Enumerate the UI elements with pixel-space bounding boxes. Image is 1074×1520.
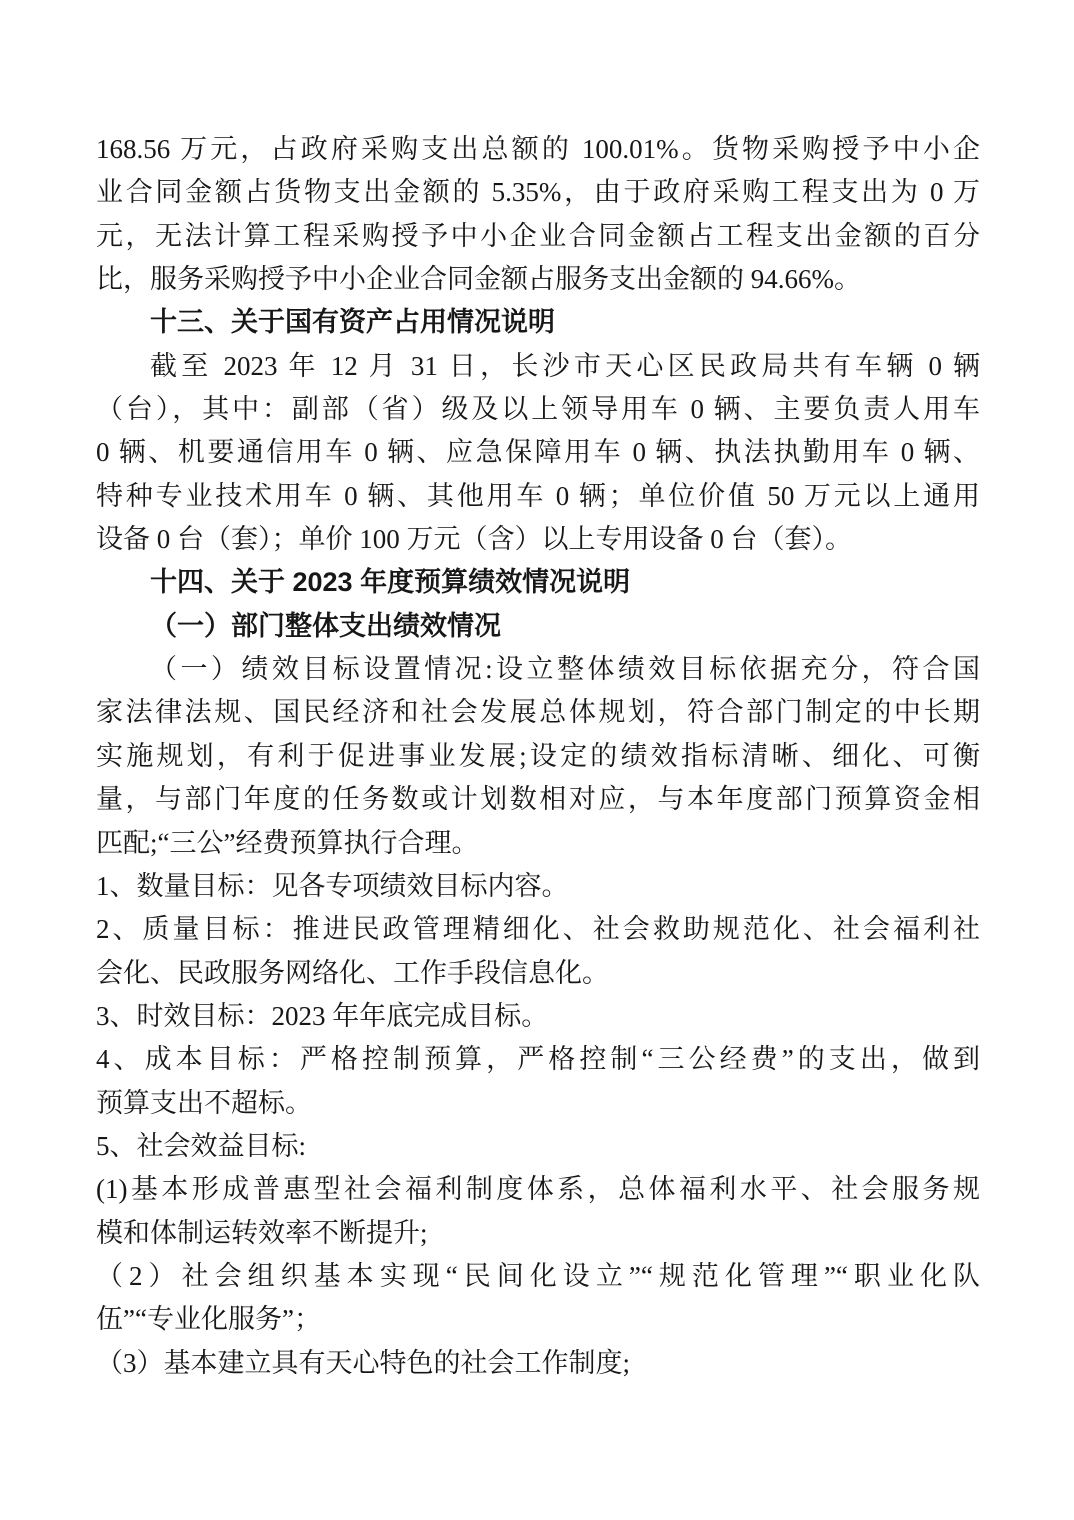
- text-line: 截至 2023 年 12 月 31 日，长沙市天心区民政局共有车辆 0 辆: [96, 345, 980, 388]
- text-line: （一）绩效目标设置情况:设立整体绩效目标依据充分，符合国: [96, 648, 980, 691]
- document-page: 168.56 万元，占政府采购支出总额的 100.01%。货物采购授予中小企业合…: [0, 0, 1074, 1520]
- text-line: 4、成本目标：严格控制预算，严格控制“三公经费”的支出，做到: [96, 1038, 980, 1081]
- text-line: 元，无法计算工程采购授予中小企业合同金额占工程支出金额的百分: [96, 215, 980, 258]
- text-line: （2）社会组织基本实现“民间化设立”“规范化管理”“职业化队: [96, 1255, 980, 1298]
- text-line: 匹配;“三公”经费预算执行合理。: [96, 822, 980, 865]
- text-line: 1、数量目标：见各专项绩效目标内容。: [96, 865, 980, 908]
- text-line: 业合同金额占货物支出金额的 5.35%，由于政府采购工程支出为 0 万: [96, 171, 980, 214]
- text-line: 量，与部门年度的任务数或计划数相对应，与本年度部门预算资金相: [96, 778, 980, 821]
- text-line: 0 辆、机要通信用车 0 辆、应急保障用车 0 辆、执法执勤用车 0 辆、: [96, 431, 980, 474]
- text-line: 2、质量目标：推进民政管理精细化、社会救助规范化、社会福利社: [96, 908, 980, 951]
- text-line: 伍”“专业化服务”；: [96, 1298, 980, 1341]
- text-line: 特种专业技术用车 0 辆、其他用车 0 辆；单位价值 50 万元以上通用: [96, 475, 980, 518]
- text-line: 3、时效目标：2023 年年底完成目标。: [96, 995, 980, 1038]
- text-line: （台），其中：副部（省）级及以上领导用车 0 辆、主要负责人用车: [96, 388, 980, 431]
- text-line: 5、社会效益目标:: [96, 1125, 980, 1168]
- text-line: 设备 0 台（套）；单价 100 万元（含）以上专用设备 0 台（套）。: [96, 518, 980, 561]
- text-line: （3）基本建立具有天心特色的社会工作制度;: [96, 1342, 980, 1385]
- text-line: 预算支出不超标。: [96, 1082, 980, 1125]
- text-column: 168.56 万元，占政府采购支出总额的 100.01%。货物采购授予中小企业合…: [96, 128, 980, 1385]
- text-line: 实施规划，有利于促进事业发展;设定的绩效指标清晰、细化、可衡: [96, 735, 980, 778]
- text-line: 会化、民政服务网络化、工作手段信息化。: [96, 952, 980, 995]
- text-line: 168.56 万元，占政府采购支出总额的 100.01%。货物采购授予中小企: [96, 128, 980, 171]
- text-line: (1)基本形成普惠型社会福利制度体系，总体福利水平、社会服务规: [96, 1168, 980, 1211]
- text-line: 家法律法规、国民经济和社会发展总体规划，符合部门制定的中长期: [96, 691, 980, 734]
- text-line: 比，服务采购授予中小企业合同金额占服务支出金额的 94.66%。: [96, 258, 980, 301]
- text-line: 模和体制运转效率不断提升;: [96, 1212, 980, 1255]
- heading-line: 十四、关于 2023 年度预算绩效情况说明: [96, 561, 980, 604]
- heading-line: 十三、关于国有资产占用情况说明: [96, 301, 980, 344]
- heading-line: （一）部门整体支出绩效情况: [96, 605, 980, 648]
